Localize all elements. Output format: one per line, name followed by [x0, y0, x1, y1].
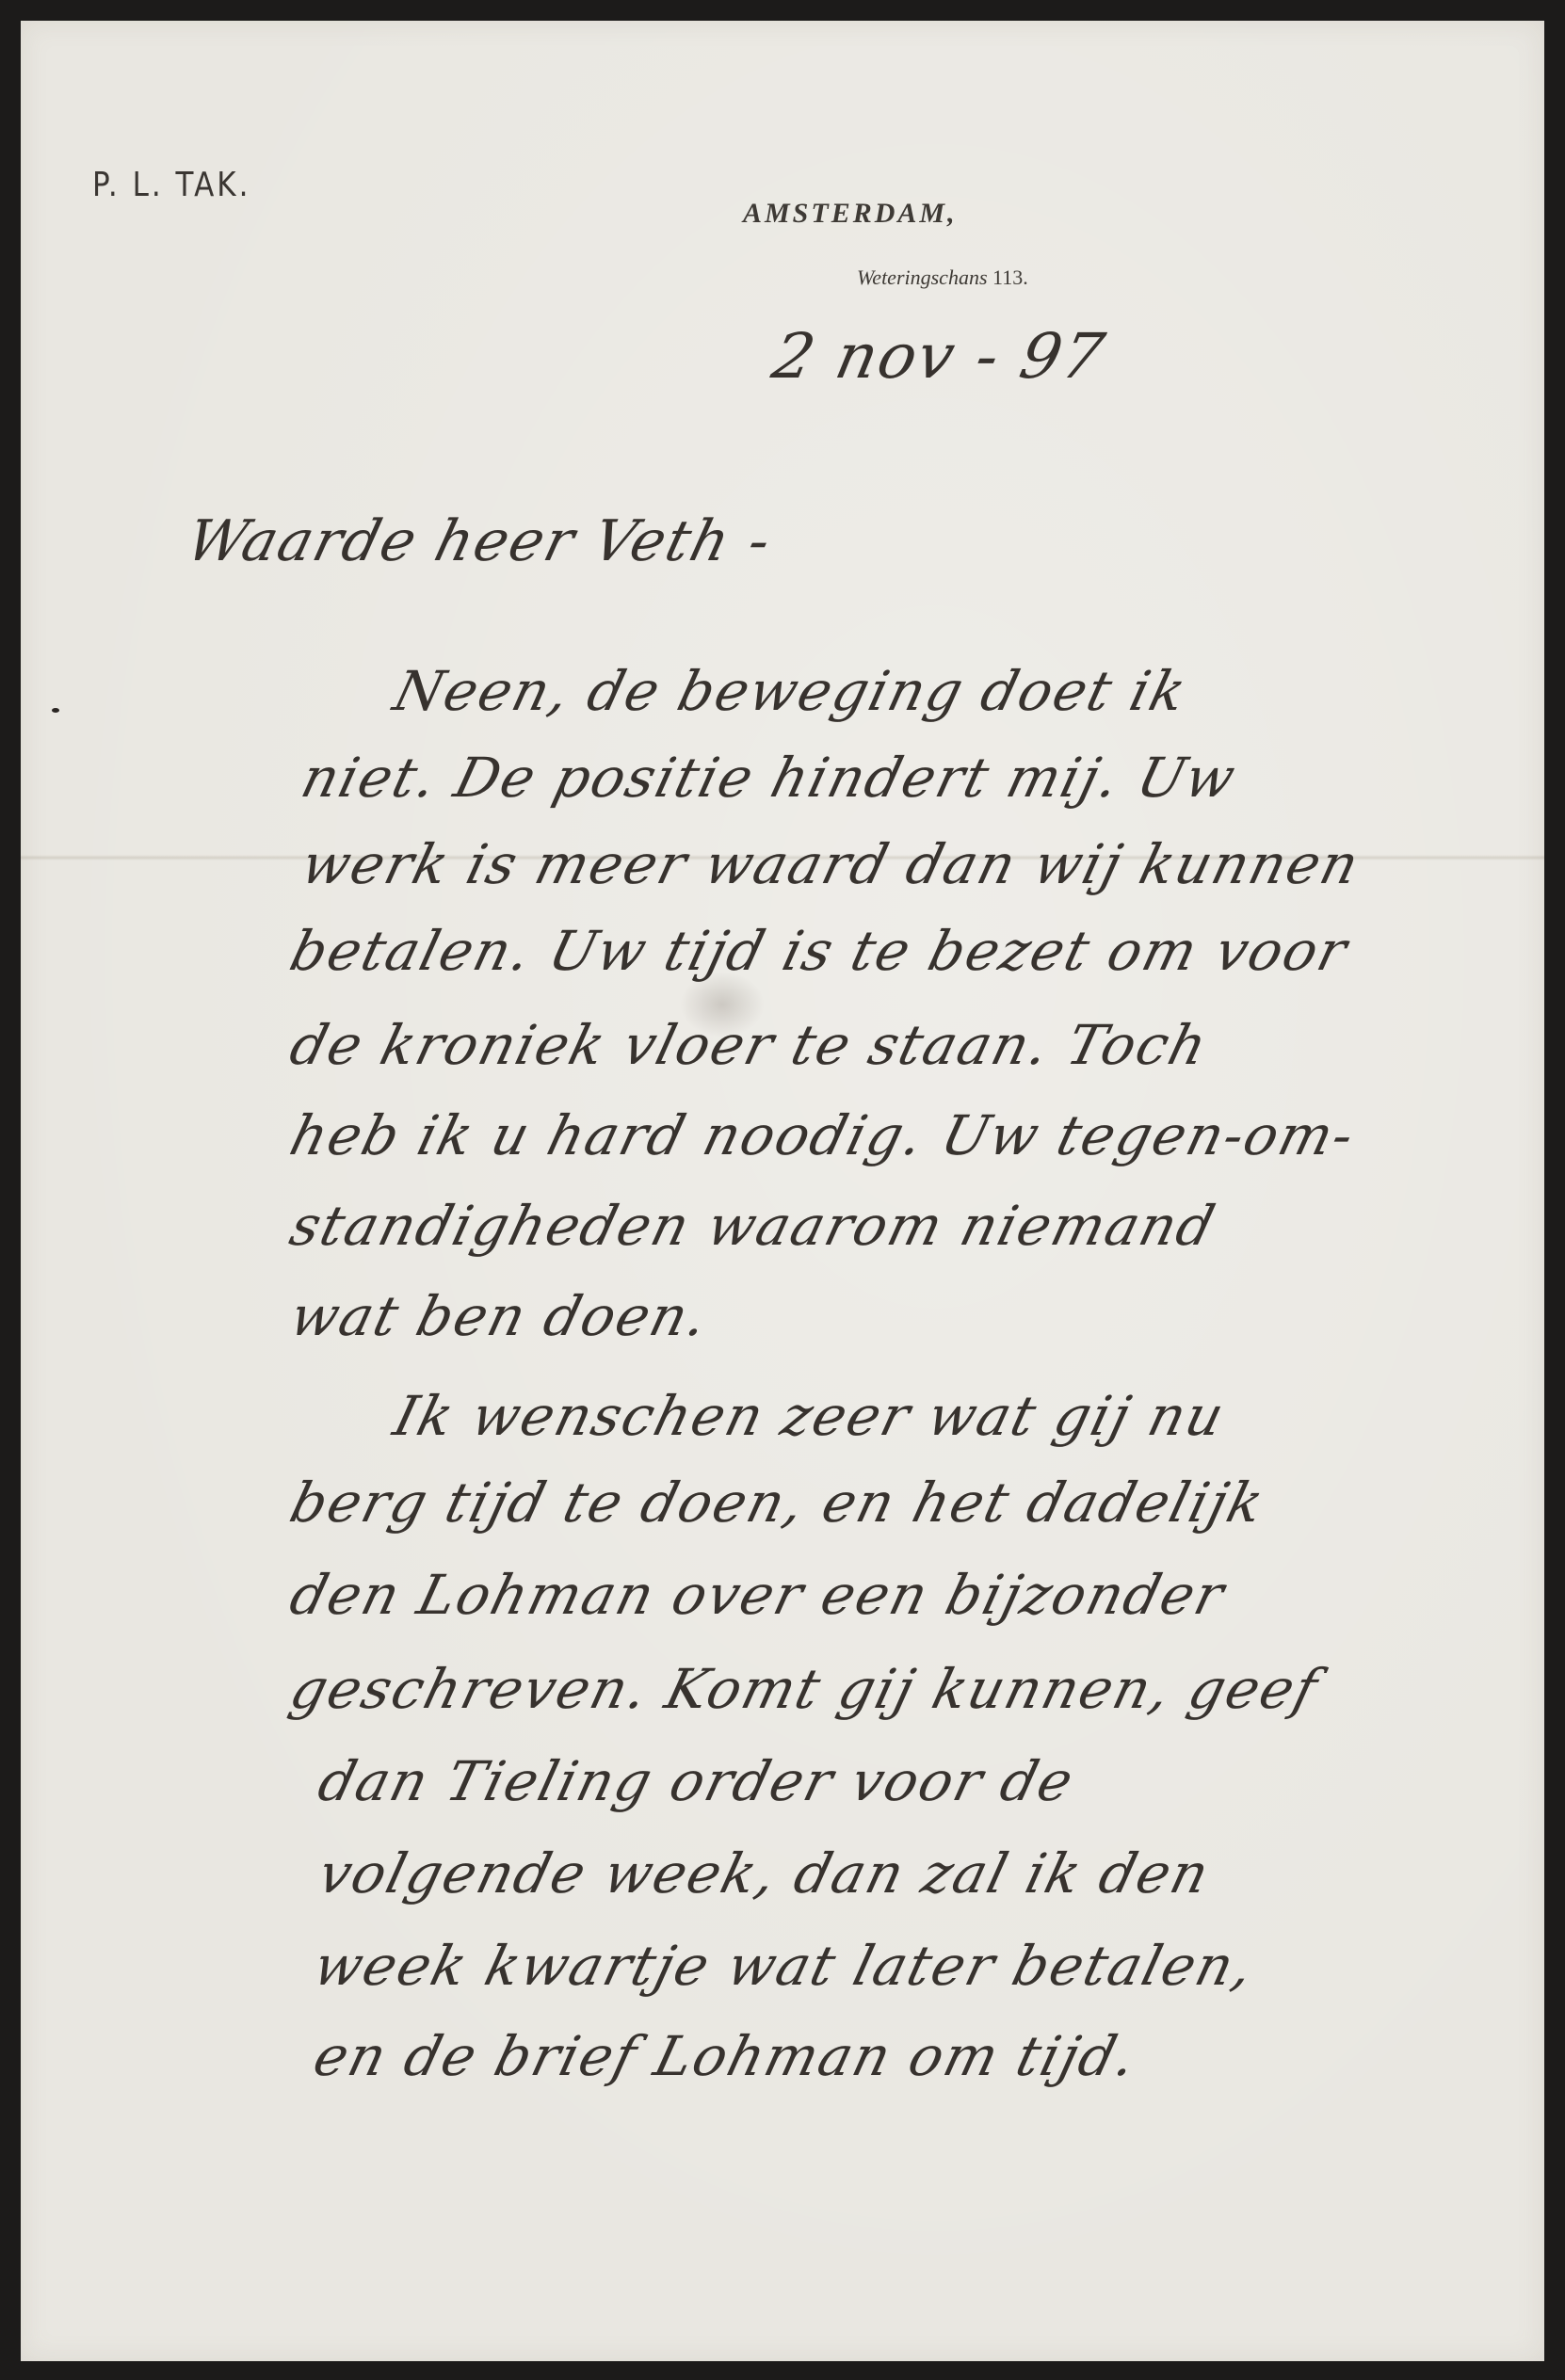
body-line: geschreven. Komt gij kunnen, geef — [284, 1657, 1326, 1721]
body-line: betalen. Uw tijd is te bezet om voor — [284, 919, 1355, 983]
body-line: de kroniek vloer te staan. Toch — [284, 1013, 1216, 1077]
body-line: heb ik u hard noodig. Uw tegen-om- — [284, 1103, 1363, 1167]
letterhead-city: AMSTERDAM, — [743, 198, 958, 230]
body-line: Neen, de beweging doet ik — [388, 659, 1194, 723]
body-line: en de brief Lohman om tijd. — [308, 2024, 1145, 2088]
letterhead-sender-name: P. L. TAK. — [92, 166, 250, 204]
body-line: standigheden waarom niemand — [284, 1194, 1223, 1258]
body-line: week kwartje wat later betalen, — [308, 1934, 1262, 1998]
body-line: wat ben doen. — [284, 1284, 716, 1348]
body-line: berg tijd te doen, en het dadelijk — [284, 1471, 1272, 1535]
street-number: 113. — [992, 265, 1028, 289]
handwritten-date: 2 nov - 97 — [766, 320, 1112, 393]
letterhead-address: Weteringschans 113. — [857, 265, 1028, 290]
body-line: niet. De positie hindert mij. Uw — [296, 746, 1244, 810]
ink-dot — [52, 708, 59, 713]
body-line: volgende week, dan zal ik den — [313, 1841, 1218, 1906]
body-line: den Lohman over een bijzonder — [284, 1563, 1233, 1627]
body-line: Ik wenschen zeer wat gij nu — [388, 1384, 1233, 1448]
salutation: Waarde heer Veth - — [180, 508, 779, 574]
body-line: dan Tieling order voor de — [313, 1749, 1082, 1813]
street-name: Weteringschans — [857, 265, 988, 289]
body-line: werk is meer waard dan wij kunnen — [296, 832, 1367, 896]
